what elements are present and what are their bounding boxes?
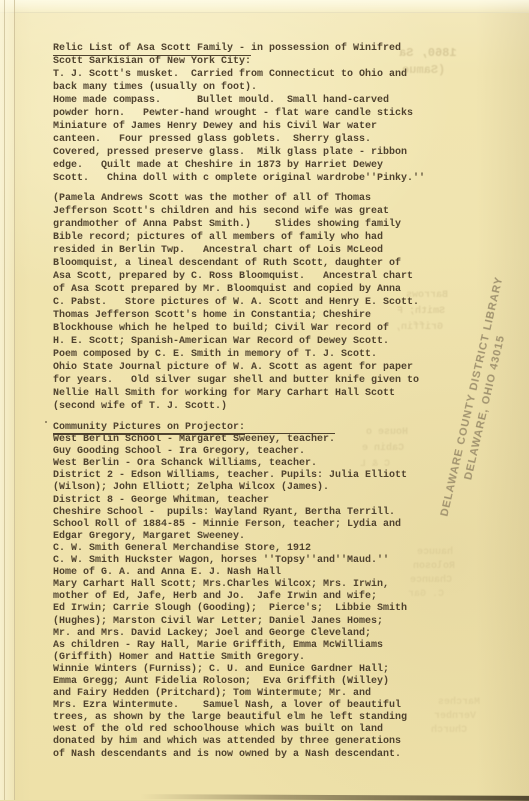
bleed-through-text: Roloson — [413, 561, 455, 572]
section-title: Relic List of Asa Scott Family - in poss… — [53, 42, 425, 55]
text-line: (second wife of T. J. Scott.) — [53, 400, 425, 413]
page-top-edge — [0, 0, 529, 13]
text-line: Emma Gregg; Aunt Fidelia Roloson; Eva Gr… — [53, 676, 425, 688]
text-line: Ohio State Journal picture of W. A. Scot… — [53, 361, 425, 374]
bleed-through-text: House o — [366, 427, 408, 438]
relic-list-section: Relic List of Asa Scott Family - in poss… — [53, 42, 425, 185]
text-line: Home of G. A. and Anna E. J. Nash Hall — [53, 567, 425, 579]
ink-speck — [45, 421, 47, 423]
text-line: C. W. Smith General Merchandise Store, 1… — [53, 543, 425, 555]
text-line: of Nash descendants and is now owned by … — [53, 749, 425, 761]
bleed-through-text: Cabin e — [362, 443, 404, 454]
text-line: Jefferson Scott's children and his secon… — [53, 205, 425, 218]
text-line: Mrs. Ezra Wintermute. Samuel Nash, a lov… — [53, 700, 425, 712]
text-line: Home made compass. Bullet mould. Small h… — [53, 94, 425, 107]
text-line: C. Pabst. Store pictures of W. A. Scott … — [53, 296, 425, 309]
text-line: Mr. and Mrs. David Lackey; Joel and Geor… — [53, 628, 425, 640]
text-line: (Hughes); Marston Civil War Letter; Dani… — [53, 616, 425, 628]
bleed-through-text: Griffin, — [395, 322, 443, 333]
community-pictures-section: Community Pictures on Projector: West Be… — [53, 422, 425, 761]
text-line: back many times (usually on foot). — [53, 81, 425, 94]
typewritten-text-block: Relic List of Asa Scott Family - in poss… — [53, 42, 425, 761]
text-line: (Wilson); John Elliott; Zelpha Wilcox (J… — [53, 482, 425, 494]
bleed-through-text: C. Gar — [408, 589, 444, 600]
section-title-rest: - in possession of Winifred — [233, 43, 401, 54]
text-line: As children - Ray Hall, Marie Griffith, … — [53, 640, 425, 652]
text-line: T. J. Scott's musket. Carried from Conne… — [53, 68, 425, 81]
text-line: School Roll of 1884-85 - Minnie Ferson, … — [53, 519, 425, 531]
text-line: edge. Quilt made at Cheshire in 1873 by … — [53, 159, 425, 172]
text-line: Poem composed by C. E. Smith in memory o… — [53, 348, 425, 361]
page-left-edge — [0, 0, 15, 800]
library-stamp: DELAWARE COUNTY DISTRICT LIBRARY DELAWAR… — [438, 291, 519, 522]
text-line: Blockhouse which he helped to build; Civ… — [53, 322, 425, 335]
bleed-through-text: Church — [431, 725, 467, 736]
family-notes-lines: (Pamela Andrews Scott was the mother of … — [53, 192, 425, 413]
relic-list-lines: T. J. Scott's musket. Carried from Conne… — [53, 68, 425, 185]
page-bottom-edge-shadow — [140, 794, 529, 800]
text-line: and Fairy Hedden (Pritchard); Tom Winter… — [53, 688, 425, 700]
text-line: District 8 - George Whitman, teacher — [53, 495, 425, 507]
text-line: Bible record; pictures of all members of… — [53, 231, 425, 244]
section-title-line2: Scott Sarkisian of New York City: — [53, 55, 425, 68]
text-line: Thomas Jefferson Scott's home in Constan… — [53, 309, 425, 322]
text-line: Covered, pressed preserve glass. Milk gl… — [53, 146, 425, 159]
text-line: Bloomquist, a lineal descendant of Ruth … — [53, 257, 425, 270]
text-line: Edgar Gregory, Margaret Sweeney. — [53, 531, 425, 543]
text-line: (Griffith) Homer and Hattie Smith Gregor… — [53, 652, 425, 664]
section-title-underlined: Relic List of Asa Scott Family — [53, 43, 233, 56]
text-line: District 2 - Edson Williams, teacher. Pu… — [53, 470, 425, 482]
text-line: trees, as shown by the large beautiful e… — [53, 712, 425, 724]
bleed-through-text: Vernber — [434, 711, 476, 722]
text-line: resided in Berlin Twp. Ancestral chart o… — [53, 244, 425, 257]
text-line: Miniature of James Henry Dewey and his C… — [53, 120, 425, 133]
bleed-through-text: Smith; F — [397, 306, 445, 317]
text-line: C. W. Smith Huckster Wagon, horses ''Top… — [53, 555, 425, 567]
text-line: canteen. Four pressed glass goblets. She… — [53, 133, 425, 146]
family-notes-section: (Pamela Andrews Scott was the mother of … — [53, 192, 425, 413]
community-pictures-lines: West Berlin School - Margaret Sweeney, t… — [53, 434, 425, 761]
text-line: donated by him and which was attended by… — [53, 736, 425, 748]
text-line: Nellie Hall Smith for working for Mary C… — [53, 387, 425, 400]
text-line: Winnie Winters (Furniss); C. U. and Euni… — [53, 664, 425, 676]
bleed-through-text: (Samue — [402, 63, 445, 77]
bleed-through-text: Barrows — [406, 290, 448, 301]
text-line: (Pamela Andrews Scott was the mother of … — [53, 192, 425, 205]
text-line: powder horn. Pewter-hand wrought - flat … — [53, 107, 425, 120]
bleed-through-text: 1860, Sa — [399, 46, 457, 60]
scanned-document-page: Relic List of Asa Scott Family - in poss… — [0, 0, 529, 800]
text-line: for years. Old silver sugar shell and bu… — [53, 374, 425, 387]
text-line: west of the old red schoolhouse which wa… — [53, 724, 425, 736]
text-line: Ed Irwin; Carrie Slough (Gooding); Pierc… — [53, 603, 425, 615]
bleed-through-text: Marches — [438, 697, 480, 708]
bleed-through-text: Chaunce — [410, 575, 452, 586]
text-line: Mary Carhart Hall Scott; Mrs.Charles Wil… — [53, 579, 425, 591]
text-line: grandmother of Anna Pabst Smith.) Slides… — [53, 218, 425, 231]
text-line: Asa Scott, prepared by C. Ross Bloomquis… — [53, 270, 425, 283]
text-line-overlined: West Berlin School - Margaret Sweeney, t… — [53, 433, 335, 445]
text-line: H. E. Scott; Spanish-American War Record… — [53, 335, 425, 348]
bleed-through-text: hauuce — [417, 547, 453, 558]
text-line: of Asa Scott prepared by Mr. Bloomquist … — [53, 283, 425, 296]
text-line: mother of Ed, Jafe, Herb and Jo. Jafe Ir… — [53, 591, 425, 603]
text-line: Cheshire School - pupils: Wayland Ryant,… — [53, 507, 425, 519]
text-line: Scott. China doll with c omplete origina… — [53, 172, 425, 185]
bleed-through-text: C & L — [360, 459, 390, 470]
